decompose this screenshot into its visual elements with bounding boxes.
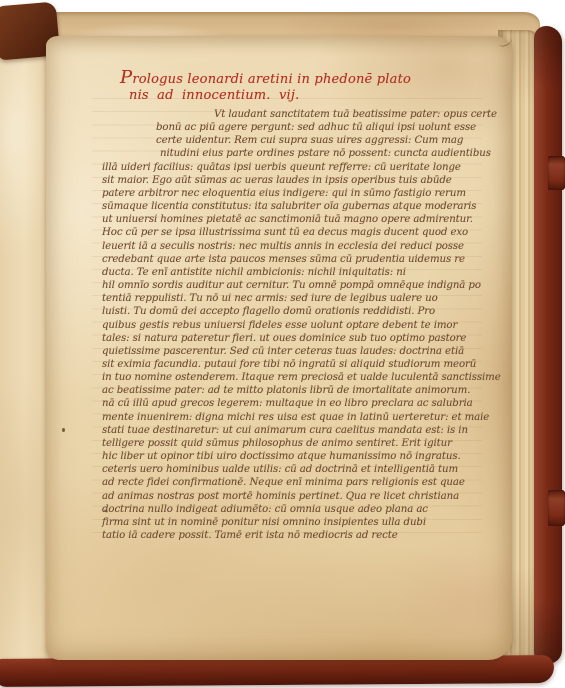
rubric-heading: Prologus leonardi aretini in phedonē pla… xyxy=(102,70,484,103)
body-line: sūmaque licentia constitutus: ita salubr… xyxy=(102,200,484,213)
ink-speck xyxy=(62,428,65,432)
body-line: mente inuenirem: digna michi res uisa es… xyxy=(102,411,484,424)
body-line: leuerit iā a seculis nostris: nec multis… xyxy=(102,240,484,253)
text-block: Prologus leonardi aretini in phedonē pla… xyxy=(102,70,484,542)
body-line: stati tuae destinaretur: ut cui animarum… xyxy=(102,424,484,437)
body-line: ad recte fidei confirmationē. Neque enī … xyxy=(102,476,484,489)
body-line: illā uideri facilius: quātas ipsi uerbis… xyxy=(102,161,484,174)
pen-squiggle-mark xyxy=(497,34,513,48)
body-line: quibus gestis rebus uniuersi fideles ess… xyxy=(102,319,484,332)
body-line: credebant quae arte ista paucos menses s… xyxy=(102,253,484,266)
body-line: nitudini eius parte ordines pstare nō po… xyxy=(160,147,484,160)
body-line: Hoc cū per se ipsa illustrissima sunt tū… xyxy=(102,226,484,239)
body-line: in tuo nomine ostenderem. Itaque rem pre… xyxy=(102,371,484,384)
body-line: sit maior. Ego aūt sūmas ac ueras laudes… xyxy=(102,174,484,187)
leather-cover-fore-edge xyxy=(534,26,562,664)
body-line: tatio iā cadere possit. Tamē erit ista n… xyxy=(102,529,484,542)
body-line: telligere possit quid sūmus philosophus … xyxy=(102,437,484,450)
body-line: Vt laudant sanctitatem tuā beatissime pa… xyxy=(214,108,484,121)
body-line: bonū ac piū agere pergunt: sed adhuc tū … xyxy=(156,121,484,134)
body-line: doctrina nullo indigeat adiumēto: cū omn… xyxy=(102,503,484,516)
body-line: ac beatissime pater: ad te mitto platoni… xyxy=(102,384,484,397)
body-line: patere arbitror nec eloquentia eius indi… xyxy=(102,187,484,200)
body-line: hil omnīo sordis auditur aut cernitur. T… xyxy=(102,279,484,292)
clasp-strap-bottom xyxy=(548,490,565,526)
body-line: luisti. Tu domū dei accepto flagello dom… xyxy=(102,305,484,318)
body-line: tentiā reppulisti. Tu nō ui nec armis: s… xyxy=(102,292,484,305)
body-line: ducta. Te enī antistite nichil ambicioni… xyxy=(102,266,484,279)
body-line: ad animas nostras post mortē hominis per… xyxy=(102,490,484,503)
body-line: quietissime pascerentur. Sed cū inter ce… xyxy=(102,345,484,358)
body-line: ut uniuersi homines pietatē ac sanctimon… xyxy=(102,213,484,226)
body-line: hic liber ut opinor tibi uiro doctissimo… xyxy=(102,450,484,463)
rubric-line: Prologus leonardi aretini in phedonē pla… xyxy=(120,70,484,88)
clasp-strap-top xyxy=(548,156,565,190)
body-text: Vt laudant sanctitatem tuā beatissime pa… xyxy=(102,108,484,542)
body-line: tales: si natura pateretur fieri. ut oue… xyxy=(102,332,484,345)
manuscript-photo: Prologus leonardi aretini in phedonē pla… xyxy=(0,0,565,688)
rubric-line: nis ad innocentium. vij. xyxy=(129,88,484,104)
body-line: firma sint ut in nominē ponitur nisi omn… xyxy=(102,516,484,529)
body-line: sit eximia facundia. putaui fore tibi nō… xyxy=(102,358,484,371)
body-line: certe uidentur. Rem cui supra suas uires… xyxy=(156,134,484,147)
body-line: ceteris uero hominibus ualde utilis: cū … xyxy=(102,463,484,476)
manuscript-page: Prologus leonardi aretini in phedonē pla… xyxy=(46,36,512,660)
body-line: nā cū illū apud grecos legerem: multaque… xyxy=(102,397,484,410)
